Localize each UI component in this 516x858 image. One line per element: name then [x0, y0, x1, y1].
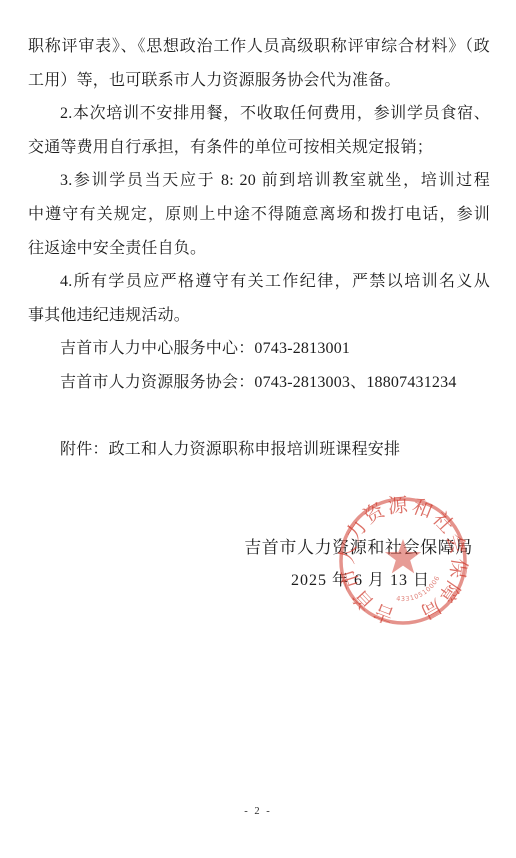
page-number: - 2 -: [0, 806, 516, 817]
document-page: 职称评审表》、《思想政治工作人员高级职称评审综合材料》（政 工用）等，也可联系市…: [0, 0, 516, 858]
body-line: 中遵守有关规定，原则上中途不得随意离场和拨打电话，参训: [28, 198, 490, 232]
document-body: 职称评审表》、《思想政治工作人员高级职称评审综合材料》（政 工用）等，也可联系市…: [28, 30, 490, 467]
body-line: 往返途中安全责任自负。: [28, 232, 490, 266]
body-line: 2.本次培训不安排用餐，不收取任何费用，参训学员食宿、: [28, 97, 490, 131]
body-line: 3.参训学员当天应于 8: 20 前到培训教室就坐，培训过程: [28, 164, 490, 198]
body-line: 工用）等，也可联系市人力资源服务协会代为准备。: [28, 64, 490, 98]
attachment-line: 附件：政工和人力资源职称申报培训班课程安排: [28, 433, 490, 467]
contact-line-association: 吉首市人力资源服务协会：0743-2813003、18807431234: [28, 366, 490, 400]
body-line: 4.所有学员应严格遵守有关工作纪律，严禁以培训名义从: [28, 265, 490, 299]
issuing-authority-signature: 吉首市人力资源和社会保障局: [244, 534, 473, 562]
issue-date: 2025 年 6 月 13 日: [291, 567, 430, 595]
body-line: 职称评审表》、《思想政治工作人员高级职称评审综合材料》（政: [28, 30, 490, 64]
body-line: 事其他违纪违规活动。: [28, 299, 490, 333]
blank-line: [28, 400, 490, 434]
body-line: 交通等费用自行承担，有条件的单位可按相关规定报销；: [28, 131, 490, 165]
contact-line-service-center: 吉首市人力中心服务中心：0743-2813001: [28, 332, 490, 366]
